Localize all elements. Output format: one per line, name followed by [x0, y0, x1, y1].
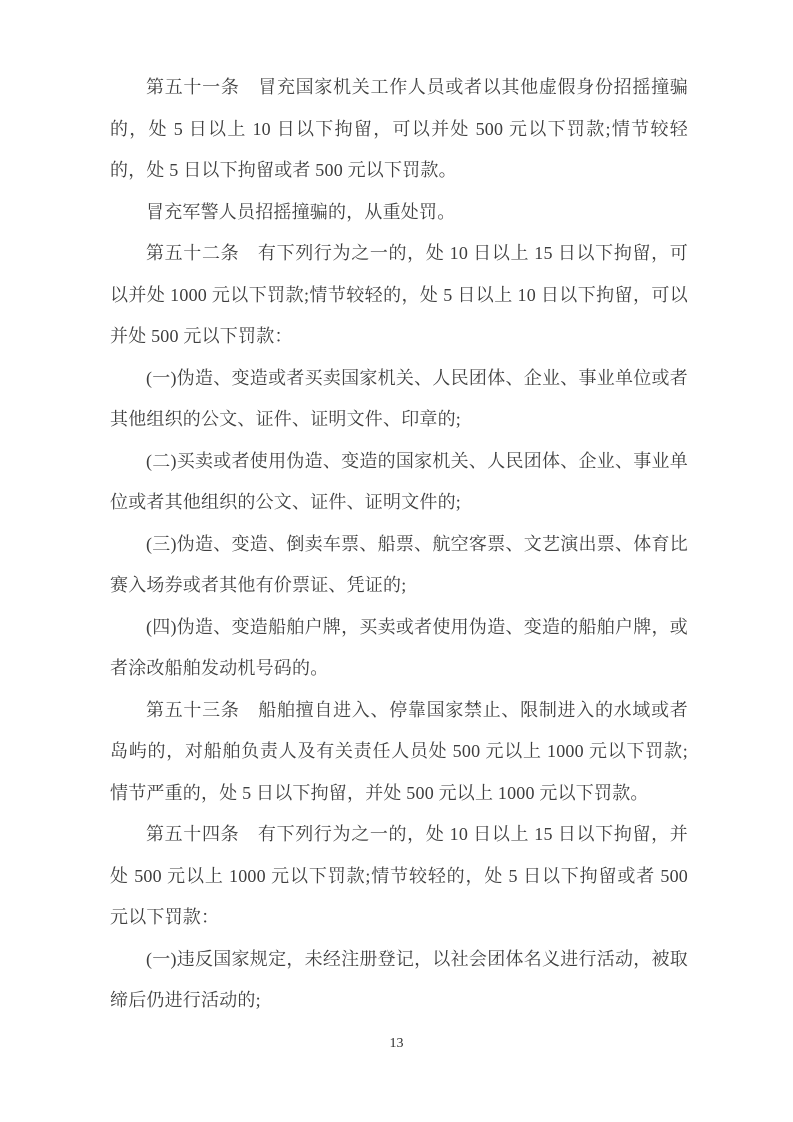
paragraph-article-52-item-3: (三)伪造、变造、倒卖车票、船票、航空客票、文艺演出票、体育比赛入场券或者其他有… [110, 524, 688, 607]
paragraph-article-51-clause-2: 冒充军警人员招摇撞骗的，从重处罚。 [110, 192, 688, 234]
text-content: 第五十一条 冒充国家机关工作人员或者以其他虚假身份招摇撞骗的，处 5 日以上 1… [110, 67, 688, 1022]
document-page: 第五十一条 冒充国家机关工作人员或者以其他虚假身份招摇撞骗的，处 5 日以上 1… [0, 0, 793, 1122]
paragraph-article-54: 第五十四条 有下列行为之一的，处 10 日以上 15 日以下拘留，并处 500 … [110, 814, 688, 939]
paragraph-article-54-item-1: (一)违反国家规定，未经注册登记，以社会团体名义进行活动，被取缔后仍进行活动的; [110, 939, 688, 1022]
paragraph-article-52-item-4: (四)伪造、变造船舶户牌，买卖或者使用伪造、变造的船舶户牌，或者涂改船舶发动机号… [110, 607, 688, 690]
paragraph-article-52-item-2: (二)买卖或者使用伪造、变造的国家机关、人民团体、企业、事业单位或者其他组织的公… [110, 441, 688, 524]
paragraph-article-52-item-1: (一)伪造、变造或者买卖国家机关、人民团体、企业、事业单位或者其他组织的公文、证… [110, 358, 688, 441]
paragraph-article-51: 第五十一条 冒充国家机关工作人员或者以其他虚假身份招摇撞骗的，处 5 日以上 1… [110, 67, 688, 192]
paragraph-article-52: 第五十二条 有下列行为之一的，处 10 日以上 15 日以下拘留，可以并处 10… [110, 233, 688, 358]
page-number: 13 [0, 1035, 793, 1053]
paragraph-article-53: 第五十三条 船舶擅自进入、停靠国家禁止、限制进入的水域或者岛屿的，对船舶负责人及… [110, 690, 688, 815]
